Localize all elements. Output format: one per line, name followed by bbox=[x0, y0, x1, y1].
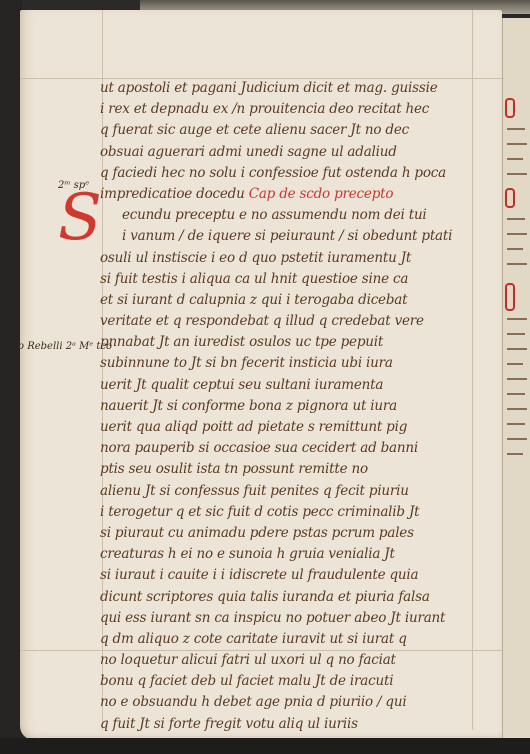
text-fragment bbox=[507, 233, 527, 235]
text-segment: impredicatioe docedu bbox=[100, 186, 245, 202]
text-fragment bbox=[507, 248, 523, 250]
text-line: ut apostoli et pagani Judicium dicit et … bbox=[100, 78, 505, 99]
text-line: q dm aliquo z cote caritate iuravit ut s… bbox=[100, 629, 505, 650]
text-line: si fuit testis i aliqua ca ul hnit quest… bbox=[100, 269, 505, 290]
text-line: osuli ul instiscie i eo d quo pstetit iu… bbox=[100, 248, 505, 269]
text-fragment bbox=[507, 158, 523, 160]
text-fragment bbox=[507, 423, 525, 425]
text-line: uerit qua aliqd poitt ad pietate s remit… bbox=[100, 417, 505, 438]
rubric-heading: Cap de scdo precepto bbox=[249, 186, 394, 202]
text-fragment bbox=[507, 393, 525, 395]
text-line: qui ess iurant sn ca inspicu no potuer a… bbox=[100, 608, 505, 629]
text-line: nora pauperib si occasioe sua cecidert a… bbox=[100, 438, 505, 459]
text-fragment bbox=[507, 408, 527, 410]
decorated-initial: S bbox=[58, 186, 102, 250]
text-line: ptis seu osulit ista tn possunt remitte … bbox=[100, 459, 505, 480]
rubric-mark bbox=[505, 188, 515, 208]
text-fragment bbox=[507, 218, 525, 220]
dark-background-left bbox=[0, 0, 22, 754]
text-fragment bbox=[507, 378, 527, 380]
text-fragment bbox=[507, 348, 527, 350]
text-fragment bbox=[507, 263, 527, 265]
text-line: ecundu preceptu e no assumendu nom dei t… bbox=[100, 205, 505, 226]
text-line: subinnune to Jt si bn fecerit insticia u… bbox=[100, 353, 505, 374]
text-line: si iuraut i cauite i i idiscrete ul frau… bbox=[100, 565, 505, 586]
next-page-edge bbox=[502, 18, 530, 740]
text-line: i vanum / de iquere si peiuraunt / si ob… bbox=[100, 226, 505, 247]
text-fragment bbox=[507, 128, 525, 130]
text-line: q fuerat sic auge et cete alienu sacer J… bbox=[100, 120, 505, 141]
text-fragment bbox=[507, 363, 523, 365]
text-line: q fuit Jt si forte fregit votu aliq ul i… bbox=[100, 714, 505, 735]
dark-background-bottom bbox=[0, 738, 530, 754]
text-line: creaturas h ei no e sunoia h gruia venia… bbox=[100, 544, 505, 565]
text-line: i rex et depnadu ex /n prouitencia deo r… bbox=[100, 99, 505, 120]
text-fragment bbox=[507, 333, 525, 335]
text-fragment bbox=[507, 438, 527, 440]
text-line: dicunt scriptores quia talis iuranda et … bbox=[100, 587, 505, 608]
text-line: et si iurant d calupnia z qui i terogaba… bbox=[100, 290, 505, 311]
text-line: bonu q faciet deb ul faciet malu Jt de i… bbox=[100, 671, 505, 692]
text-fragment bbox=[507, 453, 523, 455]
text-line-with-rubric: impredicatioe docedu Cap de scdo precept… bbox=[100, 184, 505, 205]
text-line: no e obsuandu h debet age pnia d piuriio… bbox=[100, 692, 505, 713]
margin-note: 2ᵐ spᵉ bbox=[58, 180, 89, 191]
rubric-mark bbox=[505, 98, 515, 118]
rubric-mark bbox=[505, 283, 515, 311]
text-fragment bbox=[507, 143, 527, 145]
margin-note: o Rebelli 2ᵃ Mᵉ tco bbox=[18, 341, 112, 352]
text-line: nauerit Jt si conforme bona z pignora ut… bbox=[100, 396, 505, 417]
text-line: uerit Jt qualit ceptui seu sultani iuram… bbox=[100, 375, 505, 396]
text-line: q faciedi hec no solu i confessioe fut o… bbox=[100, 163, 505, 184]
text-line: pnnabat Jt an iuredist osulos uc tpe pep… bbox=[100, 332, 505, 353]
text-line: alienu Jt si confessus fuit penites q fe… bbox=[100, 481, 505, 502]
text-line: veritate et q respondebat q illud q cred… bbox=[100, 311, 505, 332]
main-text-column: ut apostoli et pagani Judicium dicit et … bbox=[100, 78, 505, 735]
text-line: i terogetur q et sic fuit d cotis pecc c… bbox=[100, 502, 505, 523]
text-line: si piuraut cu animadu pdere pstas pcrum … bbox=[100, 523, 505, 544]
text-line: no loquetur alicui fatri ul uxori ul q n… bbox=[100, 650, 505, 671]
text-fragment bbox=[507, 318, 527, 320]
text-line: obsuai aguerari admi unedi sagne ul adal… bbox=[100, 142, 505, 163]
text-fragment bbox=[507, 173, 527, 175]
